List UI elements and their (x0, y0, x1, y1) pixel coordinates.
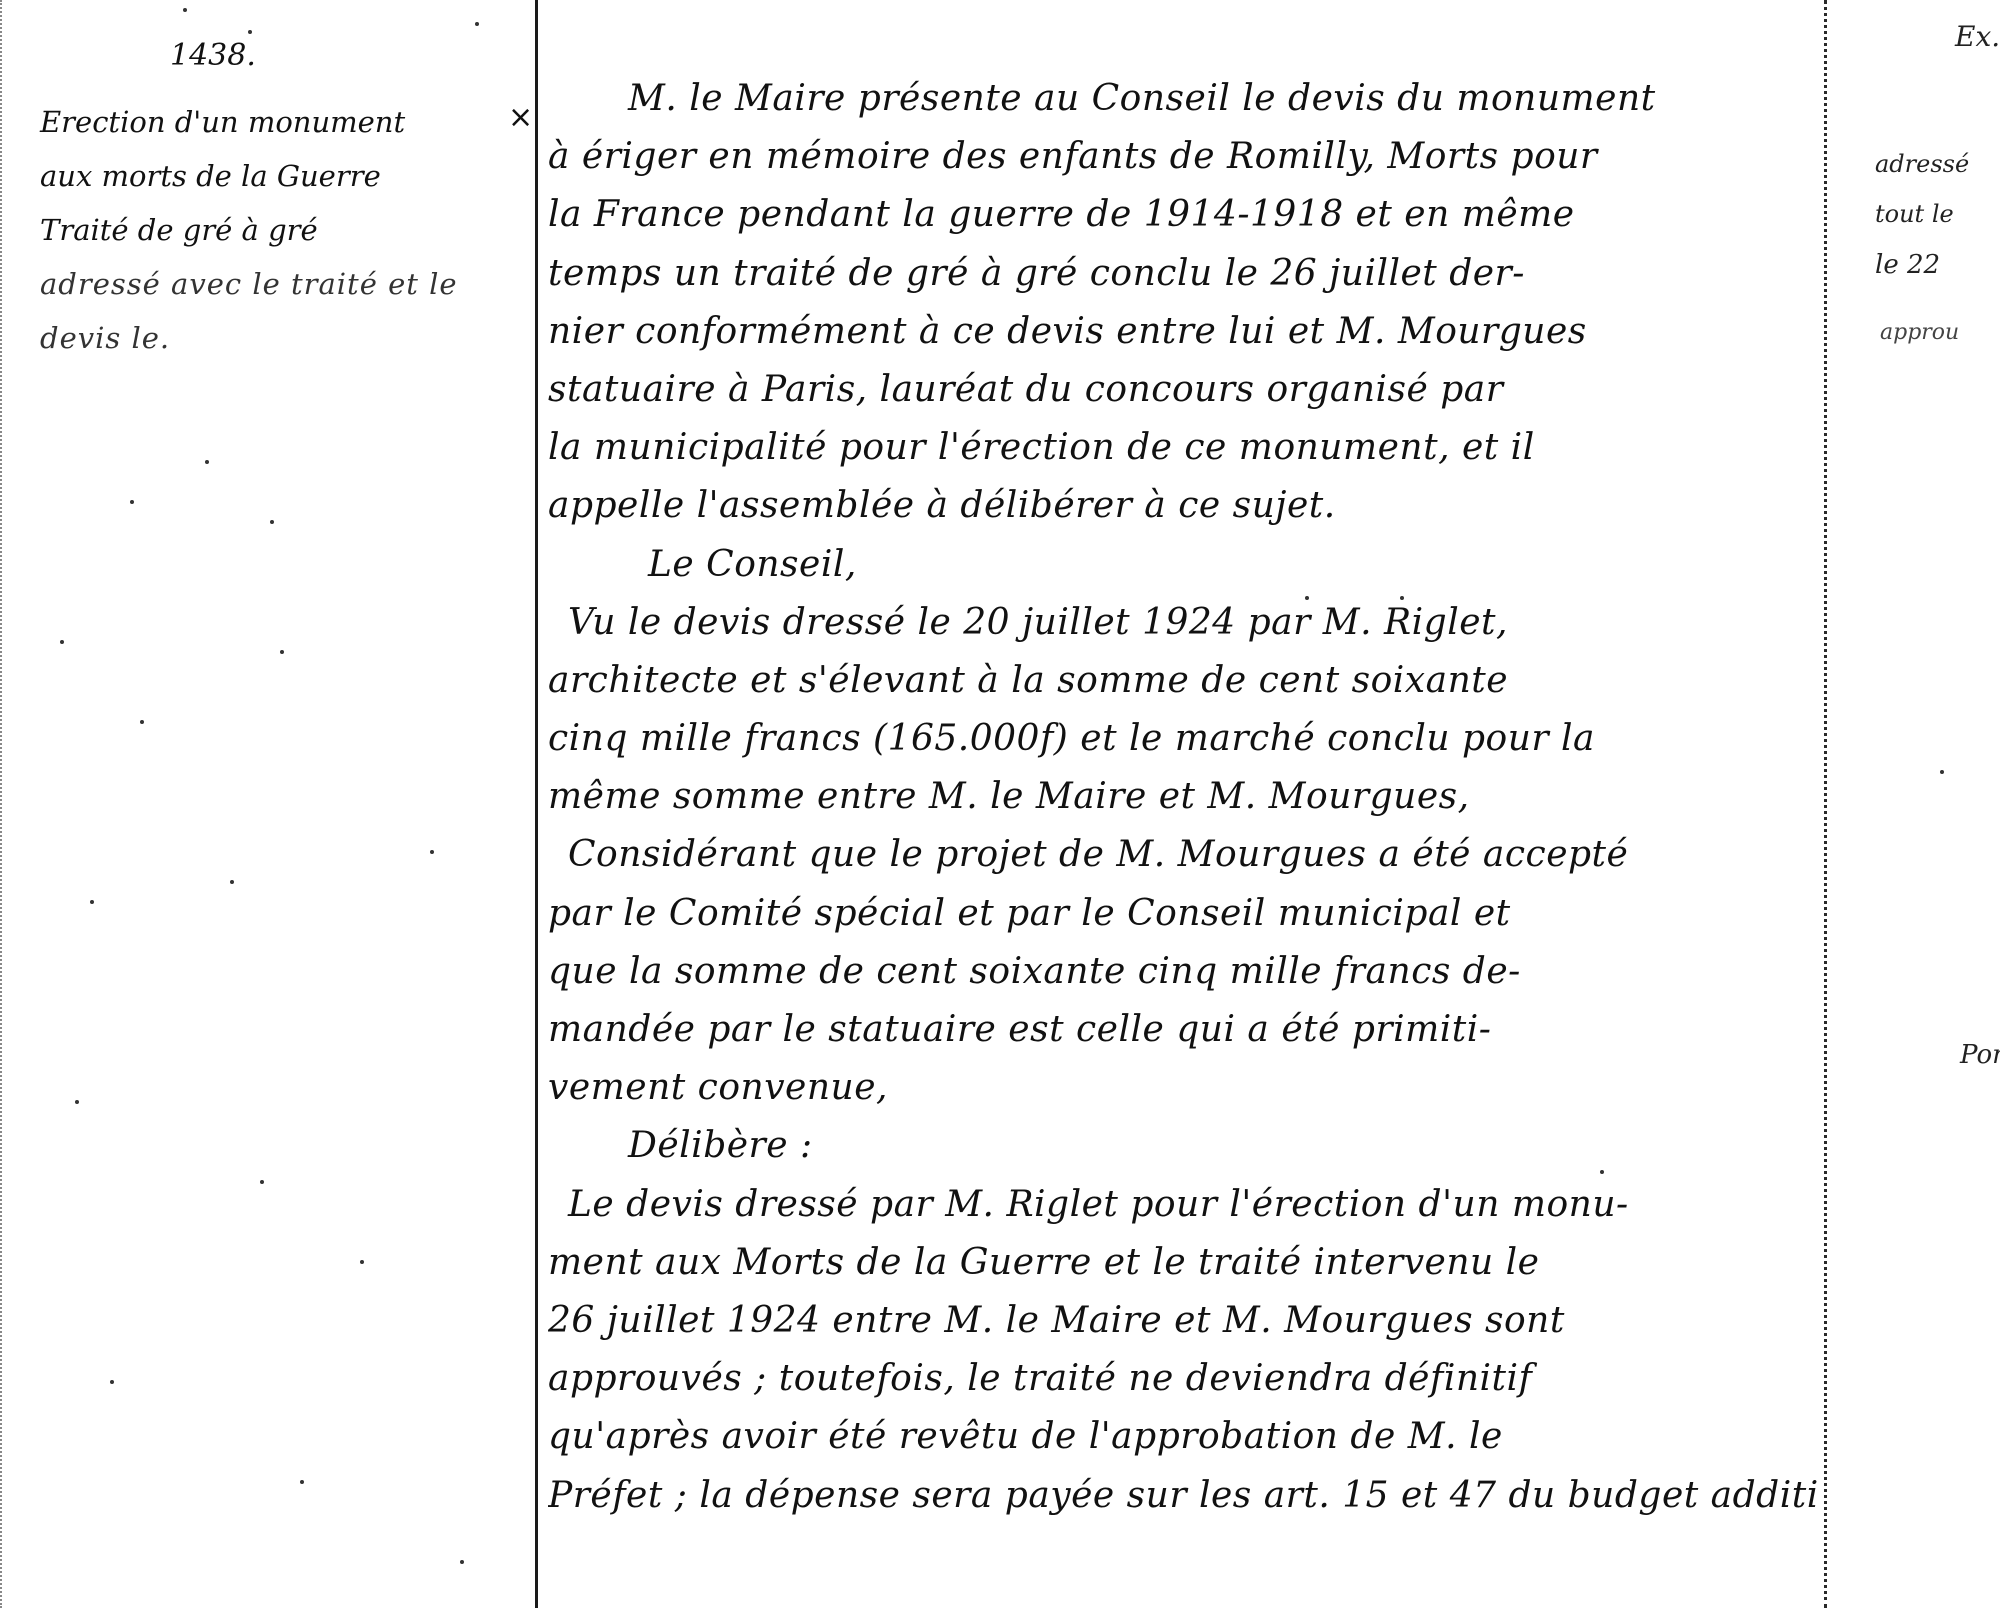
body-line: par le Comité spécial et par le Conseil … (548, 885, 1818, 943)
scan-speck (183, 8, 187, 12)
entry-number: 1438. (170, 38, 256, 73)
margin-title-line: adressé avec le traité et le (40, 257, 530, 311)
body-line: qu'après avoir été revêtu de l'approbati… (548, 1408, 1818, 1466)
right-margin-top-note: Ex. (1955, 20, 2000, 53)
body-line: architecte et s'élevant à la somme de ce… (548, 652, 1818, 710)
scan-speck (110, 1380, 114, 1384)
margin-title-line: Erection d'un monument (40, 95, 530, 149)
body-line: que la somme de cent soixante cinq mille… (548, 943, 1818, 1001)
scan-speck (230, 880, 234, 884)
margin-title-line: devis le. (40, 311, 530, 365)
scan-speck (260, 1180, 264, 1184)
body-line: Considérant que le projet de M. Mourgues… (548, 826, 1818, 884)
scan-speck (130, 500, 134, 504)
document-page: 1438. Erection d'un monument aux morts d… (0, 0, 2000, 1608)
right-margin-note-line: adressé (1875, 150, 1969, 178)
scan-speck (475, 22, 479, 26)
scan-speck (248, 30, 252, 34)
scan-speck (300, 1480, 304, 1484)
right-margin-note-line: approu (1880, 320, 1959, 345)
body-line: la France pendant la guerre de 1914-1918… (548, 186, 1818, 244)
body-line: Vu le devis dressé le 20 juillet 1924 pa… (548, 594, 1818, 652)
scan-speck (460, 1560, 464, 1564)
right-margin-bottom-note: Por. (1960, 1040, 2000, 1070)
margin-title-line: aux morts de la Guerre (40, 149, 530, 203)
scan-speck (270, 520, 274, 524)
section-heading-le-conseil: Le Conseil, (548, 536, 1818, 594)
body-line: 26 juillet 1924 entre M. le Maire et M. … (548, 1292, 1818, 1350)
minutes-body: M. le Maire présente au Conseil le devis… (548, 70, 1818, 1525)
right-margin-note-line: tout le (1875, 200, 1954, 228)
scan-speck (430, 850, 434, 854)
body-line: ment aux Morts de la Guerre et le traité… (548, 1234, 1818, 1292)
margin-title-line: Traité de gré à gré (40, 203, 530, 257)
section-heading-delibere: Délibère : (548, 1117, 1818, 1175)
body-line: statuaire à Paris, lauréat du concours o… (548, 361, 1818, 419)
body-line: approuvés ; toutefois, le traité ne devi… (548, 1350, 1818, 1408)
scan-speck (1940, 770, 1944, 774)
body-line: mandée par le statuaire est celle qui a … (548, 1001, 1818, 1059)
page-edge-rule (0, 0, 2, 1608)
body-line: la municipalité pour l'érection de ce mo… (548, 419, 1818, 477)
margin-rule-right (1824, 0, 1827, 1608)
body-line: temps un traité de gré à gré conclu le 2… (548, 245, 1818, 303)
scan-speck (60, 640, 64, 644)
body-line: appelle l'assemblée à délibérer à ce suj… (548, 477, 1818, 535)
body-line: à ériger en mémoire des enfants de Romil… (548, 128, 1818, 186)
scan-speck (280, 650, 284, 654)
body-line: vement convenue, (548, 1059, 1818, 1117)
scan-speck (205, 460, 209, 464)
scan-speck (140, 720, 144, 724)
body-line: nier conformément à ce devis entre lui e… (548, 303, 1818, 361)
body-line: Préfet ; la dépense sera payée sur les a… (548, 1467, 1818, 1525)
margin-rule-left (535, 0, 538, 1608)
right-margin-note-line: le 22 (1875, 250, 1940, 280)
scan-speck (75, 1100, 79, 1104)
body-line: M. le Maire présente au Conseil le devis… (548, 70, 1818, 128)
body-line: cinq mille francs (165.000f) et le march… (548, 710, 1818, 768)
body-line: Le devis dressé par M. Riglet pour l'ére… (548, 1176, 1818, 1234)
scan-speck (90, 900, 94, 904)
scan-speck (360, 1260, 364, 1264)
body-line: même somme entre M. le Maire et M. Mourg… (548, 768, 1818, 826)
cross-mark-icon: × (508, 100, 533, 135)
margin-title: Erection d'un monument aux morts de la G… (40, 95, 530, 365)
